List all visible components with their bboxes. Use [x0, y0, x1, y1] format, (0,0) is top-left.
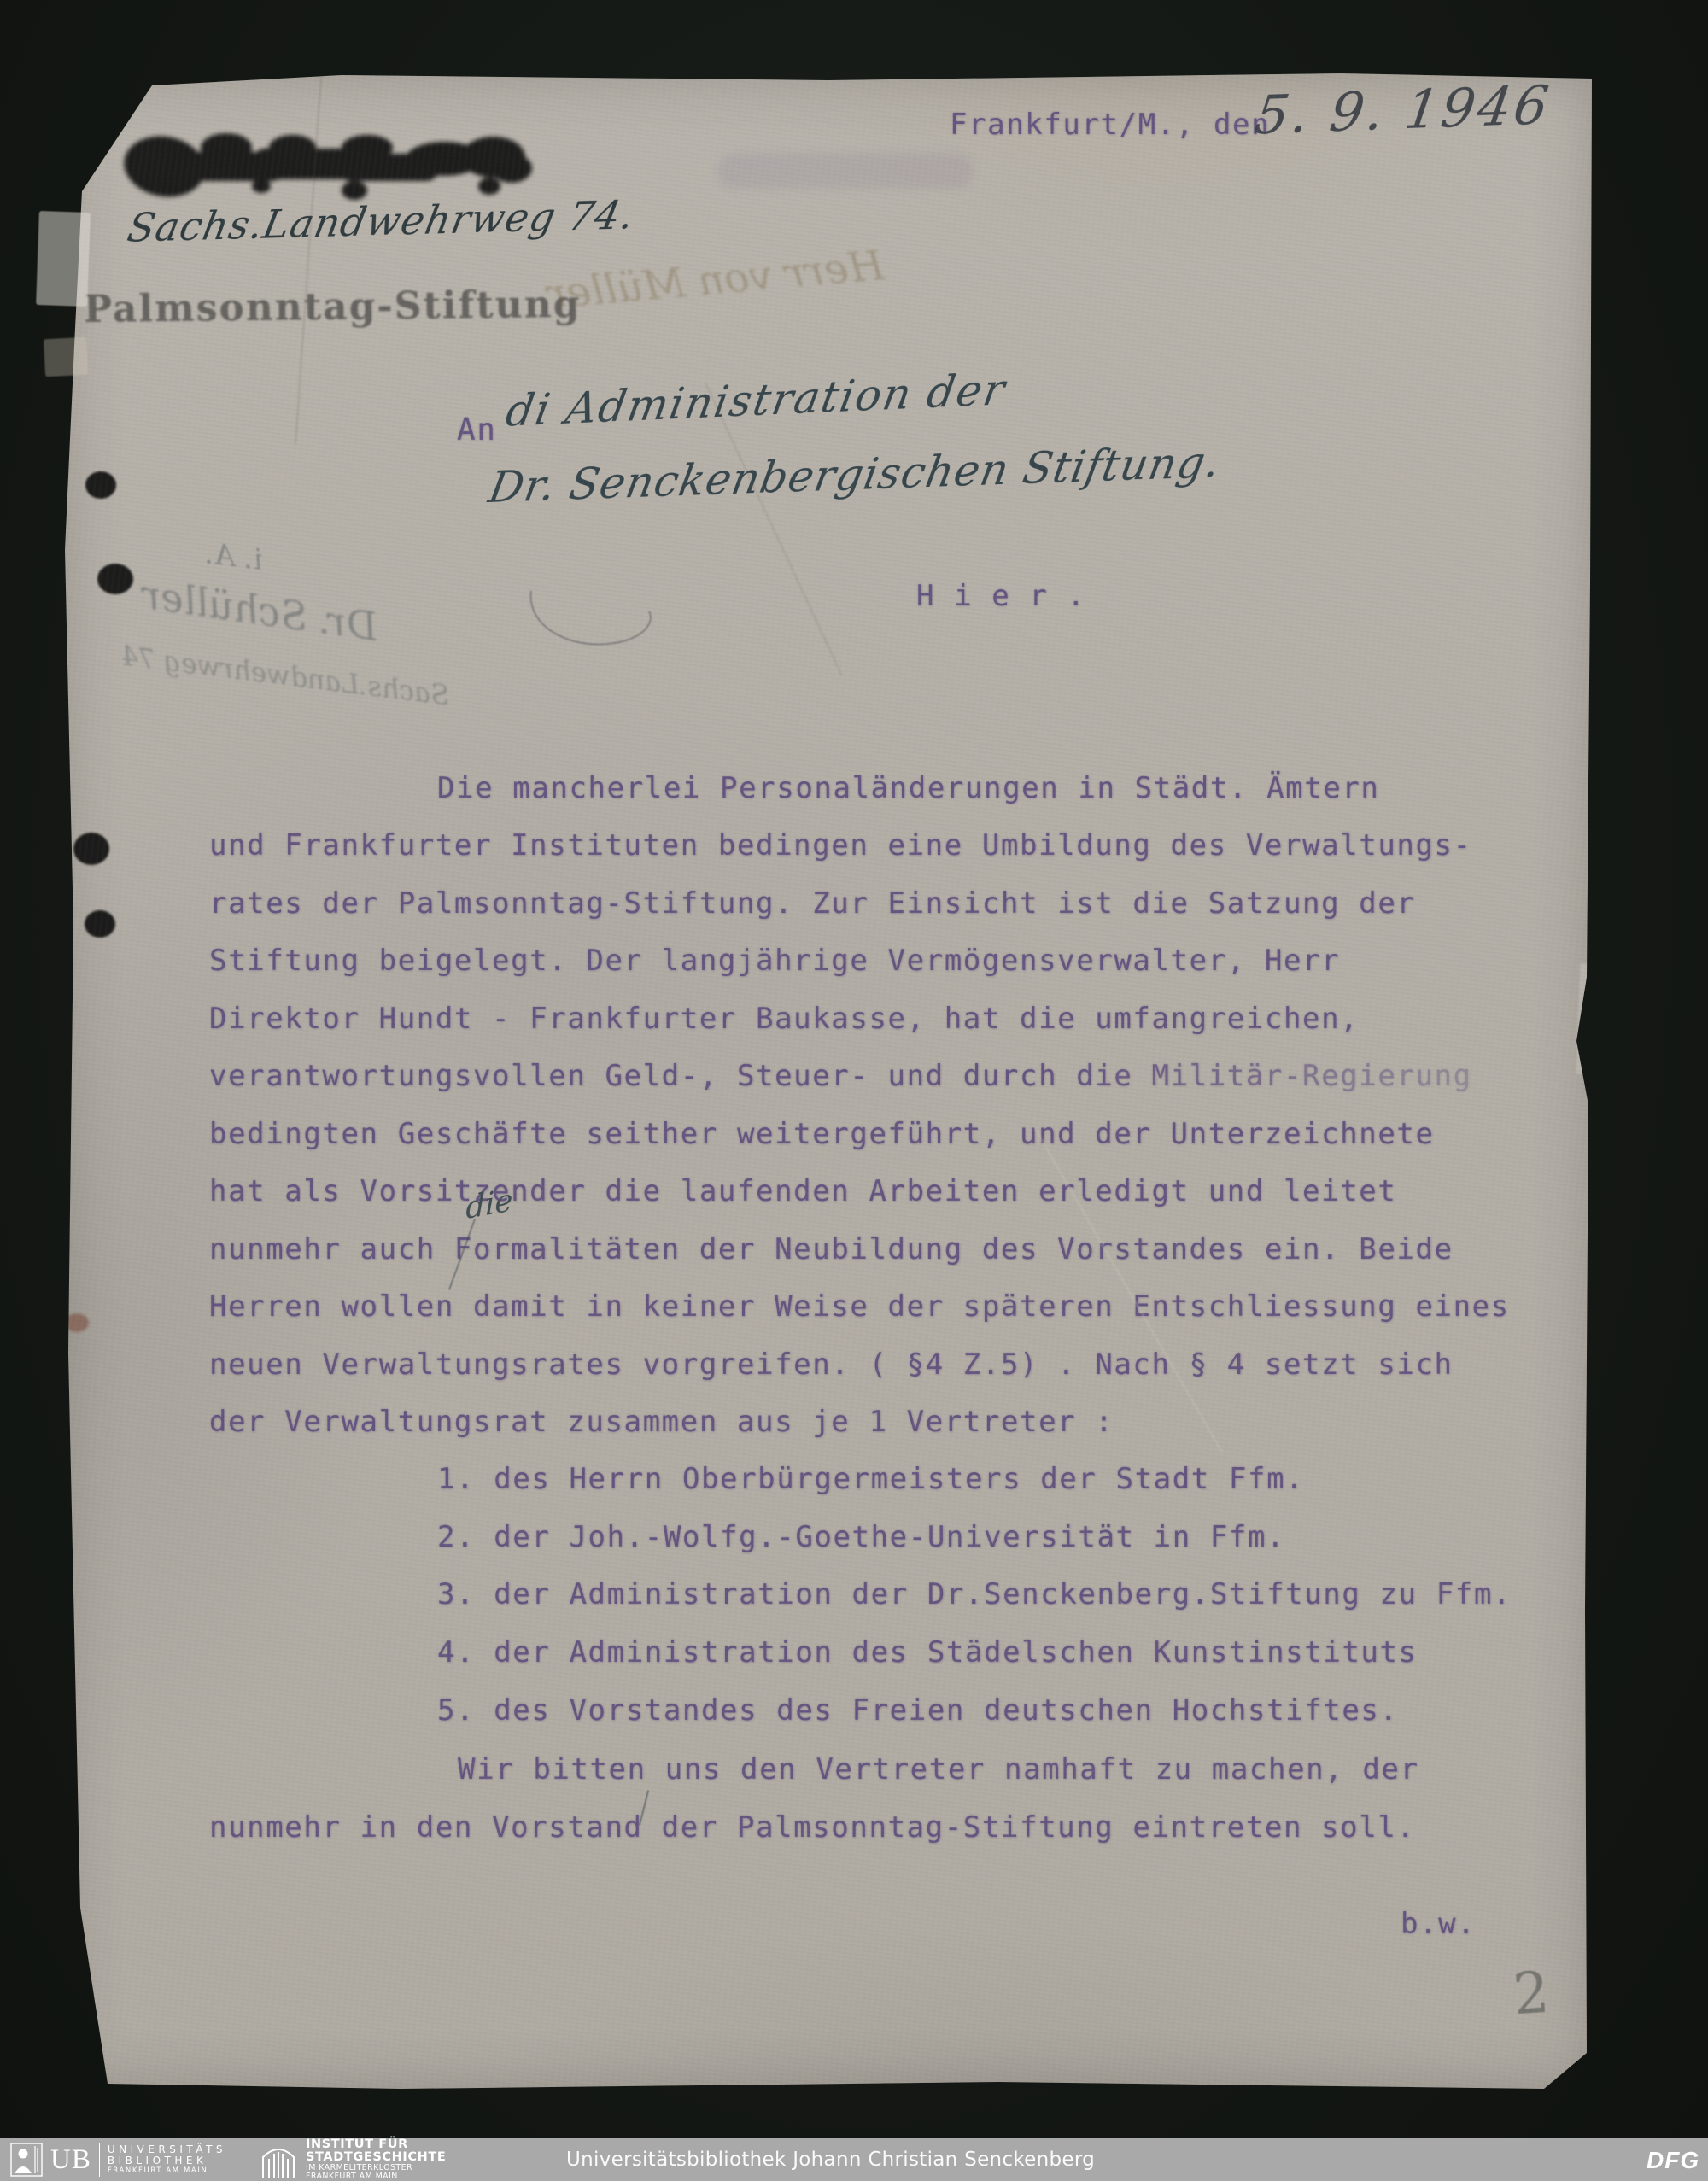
- ub-logo-icon: [10, 2143, 43, 2177]
- punch-hole: [85, 910, 115, 938]
- footer-bar: UB UNIVERSITÄTS BIBLIOTHEK FRANKFURT AM …: [0, 2138, 1708, 2181]
- ub-line: BIBLIOTHEK: [108, 2155, 226, 2166]
- recipient-prefix-typed: An: [457, 412, 497, 447]
- body-line: hat als Vorsitzender die laufenden Arbei…: [209, 1174, 1396, 1208]
- body-line: und Frankfurter Instituten bedingen eine…: [209, 828, 1472, 862]
- closing-line: Wir bitten uns den Vertreter namhaft zu …: [458, 1752, 1419, 1786]
- bleedthrough-signature-3: Sachs.Landwehrweg 74: [119, 640, 451, 712]
- list-item: 1. des Herrn Oberbürgermeisters der Stad…: [437, 1462, 1304, 1496]
- body-line: bedingten Geschäfte seither weitergeführ…: [209, 1117, 1435, 1151]
- blackout-blob: [491, 154, 532, 183]
- pencil-scribble-arc: [519, 579, 664, 660]
- body-line: der Verwaltungsrat zusammen aus je 1 Ver…: [209, 1405, 1114, 1439]
- pencil-page-number: 2: [1511, 1960, 1551, 2028]
- body-line: rates der Palmsonntag-Stiftung. Zur Eins…: [209, 886, 1415, 921]
- ub-logo-abbr: UB: [50, 2146, 91, 2174]
- tape-remnant: [36, 211, 91, 307]
- blackout-blob: [269, 135, 316, 161]
- institut-line: FRANKFURT AM MAIN: [306, 2172, 446, 2181]
- city-line-typed: H i e r .: [916, 579, 1086, 613]
- punch-hole: [97, 564, 133, 594]
- list-item: 5. des Vorstandes des Freien deutschen H…: [437, 1693, 1399, 1728]
- library-credit-text: Universitätsbibliothek Johann Christian …: [566, 2138, 1095, 2181]
- page-turn-note: b.w.: [1401, 1907, 1476, 1941]
- dateline-handwritten-date: 5. 9. 1946: [1251, 73, 1555, 146]
- letter-page: Frankfurt/M., den 5. 9. 1946 Sachs.Landw…: [60, 72, 1597, 2094]
- list-item: 3. der Administration der Dr.Senckenberg…: [437, 1577, 1512, 1611]
- recipient-line1-handwritten: di Administration der: [502, 365, 1009, 436]
- institut-logo-group: INSTITUT FÜR STADTGESCHICHTE IM KARMELIT…: [259, 2141, 446, 2178]
- rust-mark: [65, 1313, 89, 1332]
- tape-remnant: [44, 337, 88, 377]
- blackout-blob: [342, 181, 367, 200]
- edge-tear-highlight: [1576, 963, 1591, 1074]
- blackout-blob: [478, 178, 500, 195]
- institut-arch-icon: [259, 2140, 298, 2179]
- body-line: Herren wollen damit in keiner Weise der …: [209, 1289, 1510, 1324]
- institut-text: INSTITUT FÜR STADTGESCHICHTE IM KARMELIT…: [306, 2138, 446, 2181]
- ub-line: FRANKFURT AM MAIN: [108, 2166, 226, 2175]
- institut-line: STADTGESCHICHTE: [306, 2151, 446, 2164]
- blackout-blob: [342, 135, 393, 161]
- body-line: Stiftung beigelegt. Der langjährige Verm…: [209, 944, 1340, 978]
- ub-logo-text: UNIVERSITÄTS BIBLIOTHEK FRANKFURT AM MAI…: [99, 2143, 226, 2177]
- list-item: 4. der Administration des Städelschen Ku…: [437, 1635, 1418, 1669]
- punch-hole: [85, 471, 116, 499]
- bleedthrough-signature-2: Dr. Schüller: [139, 571, 381, 650]
- bleedthrough-handwriting-top: Herr von Müller: [545, 242, 886, 319]
- bleedthrough-signature-1: i. A.: [203, 536, 265, 577]
- blackout-blob: [252, 179, 271, 193]
- body-line: nunmehr auch Formalitäten der Neubildung…: [209, 1232, 1454, 1266]
- punch-hole: [73, 833, 109, 865]
- blackout-blob: [201, 133, 252, 162]
- recipient-line2-handwritten: Dr. Senckenbergischen Stiftung.: [485, 437, 1224, 512]
- handwritten-insertion: die: [465, 1183, 512, 1226]
- ink-smudge: [717, 154, 974, 188]
- ub-logo-group: UB UNIVERSITÄTS BIBLIOTHEK FRANKFURT AM …: [10, 2142, 226, 2178]
- body-line: verantwortungsvollen Geld-, Steuer- und …: [209, 1059, 1472, 1093]
- dfg-logo: DFG: [1647, 2147, 1699, 2174]
- dateline-typed: Frankfurt/M., den: [950, 108, 1270, 142]
- body-line: neuen Verwaltungsrates vorgreifen. ( §4 …: [209, 1348, 1454, 1382]
- body-line: Direktor Hundt - Frankfurter Baukasse, h…: [209, 1002, 1359, 1036]
- institut-line: INSTITUT FÜR: [306, 2138, 446, 2151]
- body-line: Die mancherlei Personaländerungen in Stä…: [437, 771, 1380, 805]
- list-item: 2. der Joh.-Wolfg.-Goethe-Universität in…: [437, 1520, 1285, 1554]
- closing-line: nunmehr in den Vorstand der Palmsonntag-…: [209, 1810, 1415, 1845]
- document-scan-viewer: Frankfurt/M., den 5. 9. 1946 Sachs.Landw…: [0, 0, 1708, 2181]
- sender-stamp: Palmsonntag-Stiftung: [84, 283, 582, 331]
